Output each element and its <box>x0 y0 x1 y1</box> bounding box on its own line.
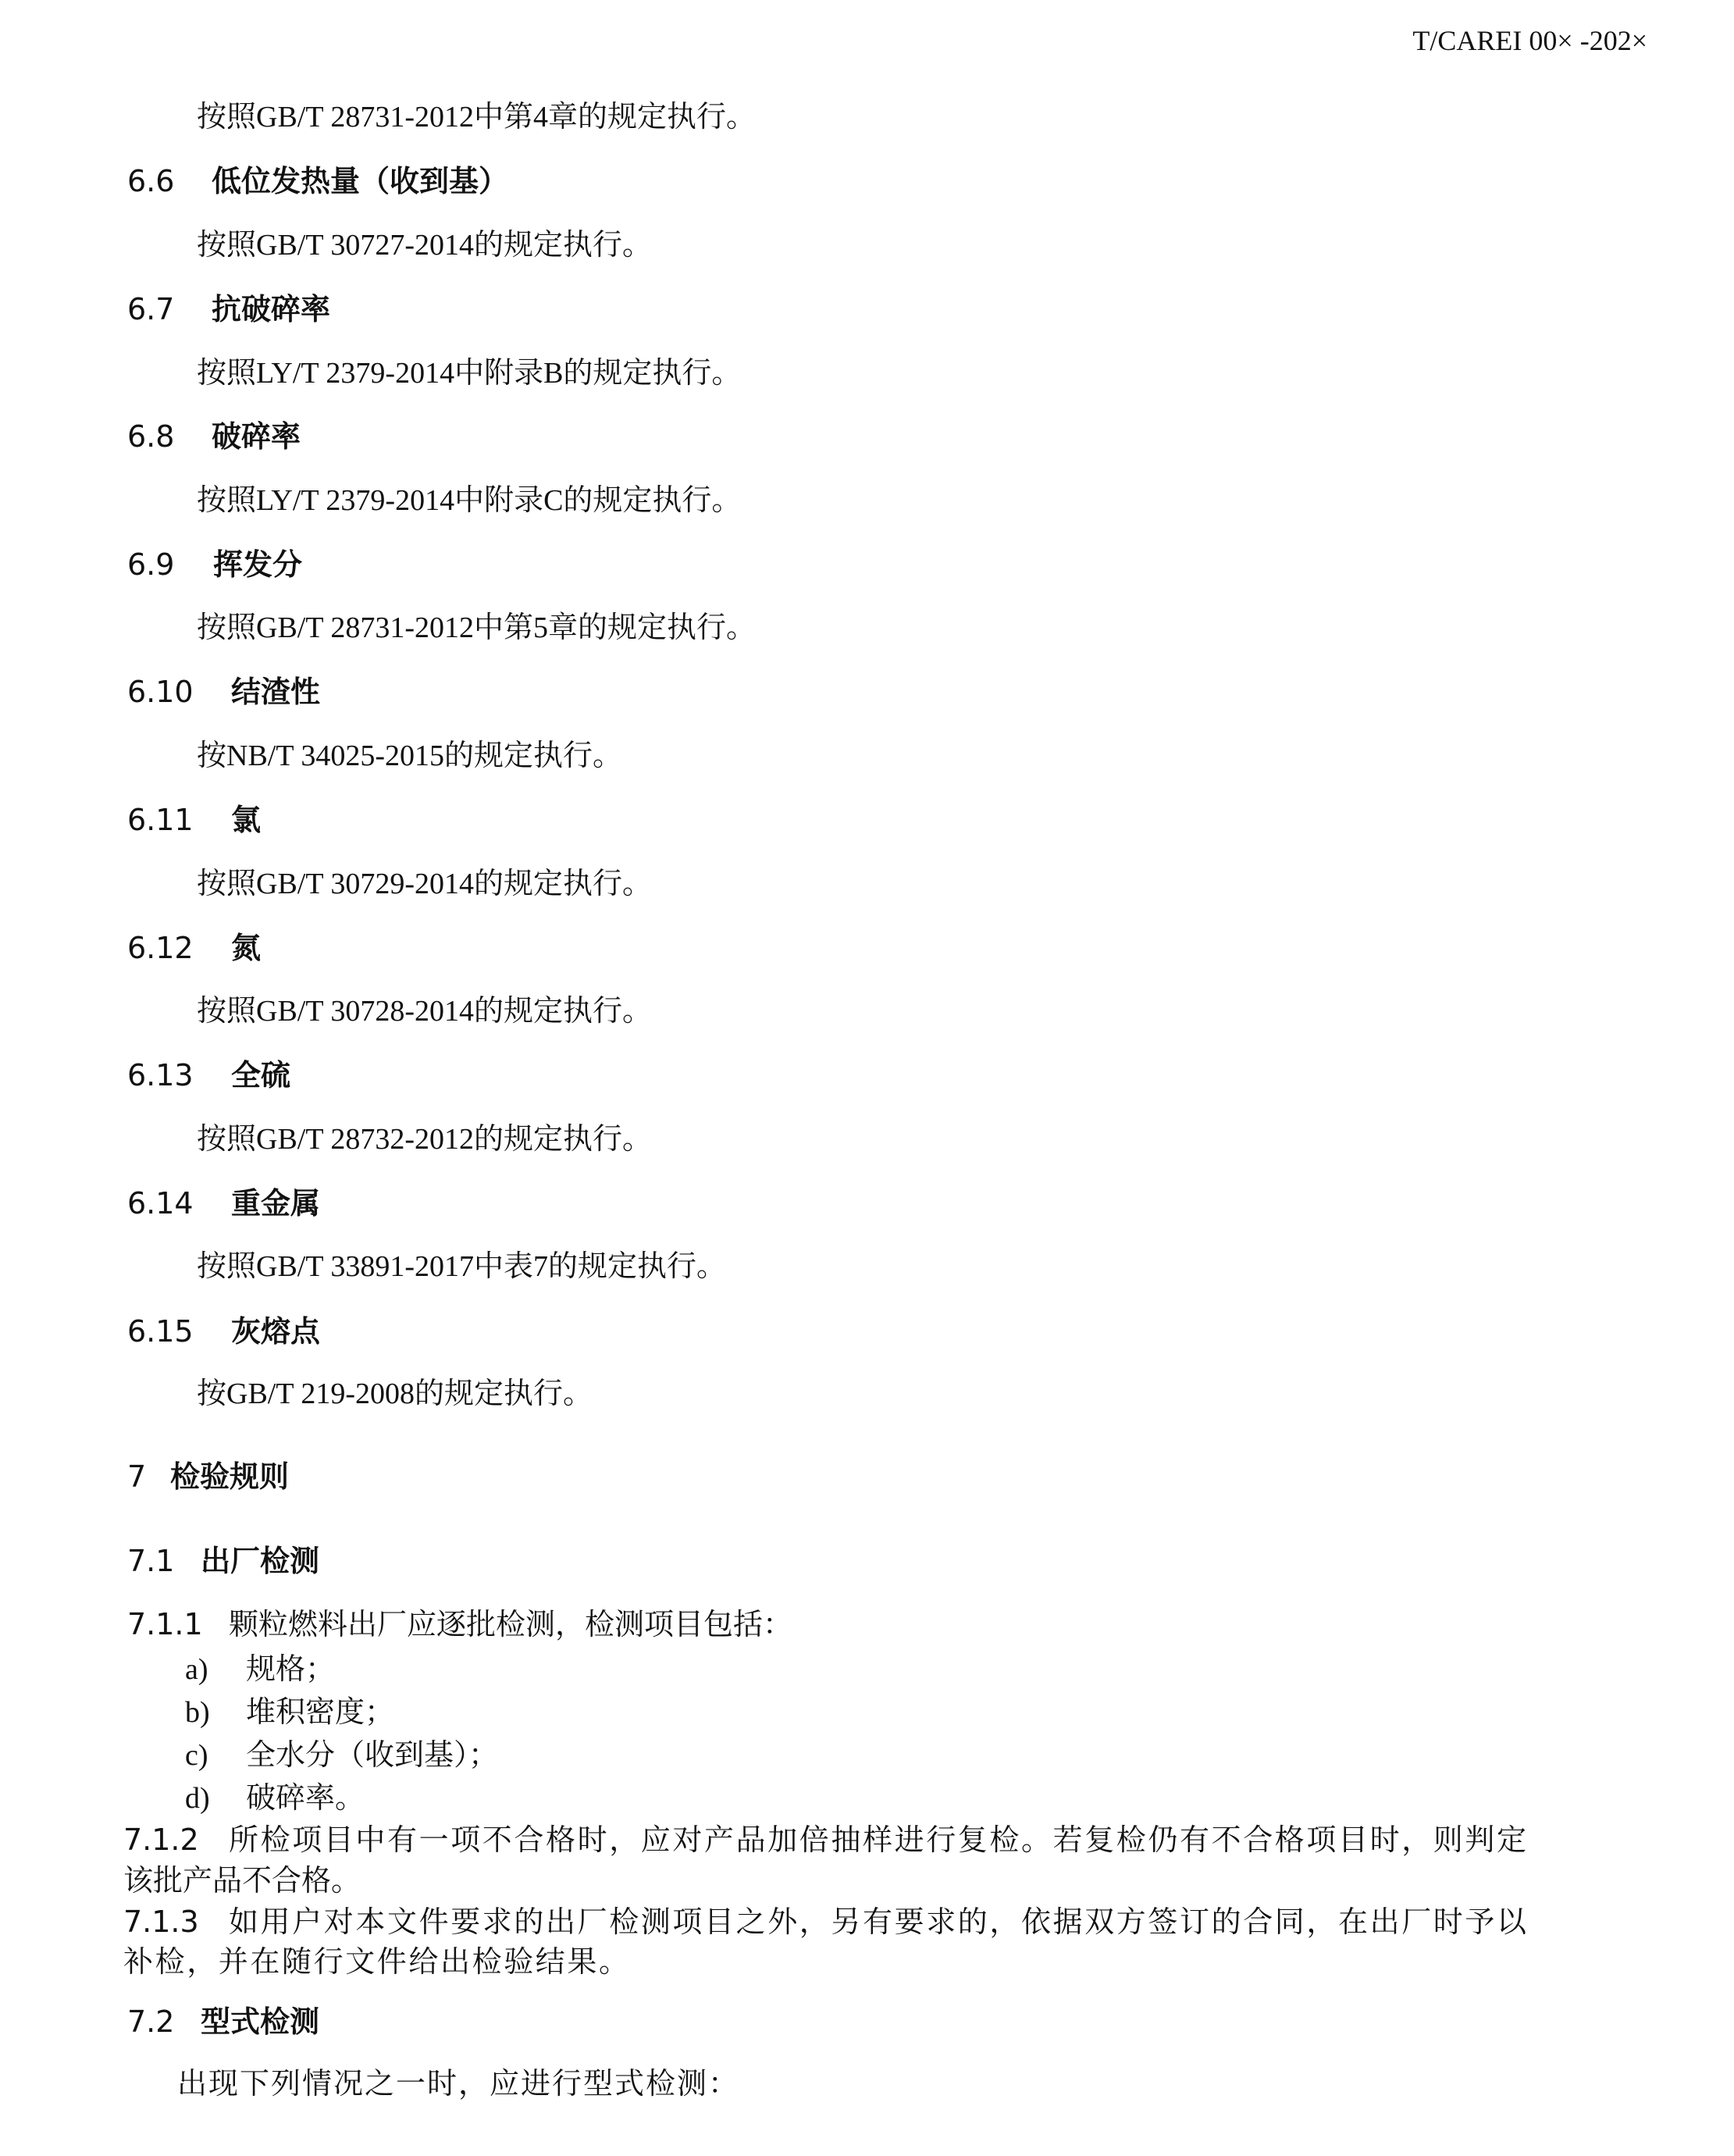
heading-6-11: 6.11氯 <box>127 803 261 837</box>
heading-6-14: 6.14重金属 <box>127 1186 320 1221</box>
clause-6-11-body: 按照GB/T 30729-2014的规定执行。 <box>197 867 652 901</box>
clause-6-13-body: 按照GB/T 28732-2012的规定执行。 <box>197 1122 652 1156</box>
heading-title: 型式检测 <box>201 2005 319 2039</box>
heading-number: 6.15 <box>127 1314 231 1349</box>
clause-7-1-1: 7.1.1颗粒燃料出厂应逐批检测，检测项目包括： <box>127 1607 792 1641</box>
document-page: T/CAREI 00× -202× 按照GB/T 28731-2012中第4章的… <box>0 0 1734 2156</box>
clause-text-line1: 如用户对本文件要求的出厂检测项目之外，另有要求的，依据双方签订的合同，在出厂时予… <box>229 1906 1529 1939</box>
heading-number: 6.6 <box>127 164 212 198</box>
heading-7-1: 7.1出厂检测 <box>127 1544 319 1578</box>
clause-7-1-2-continuation: 该批产品不合格。 <box>123 1864 361 1898</box>
clause-6-7-body: 按照LY/T 2379-2014中附录B的规定执行。 <box>197 356 741 390</box>
heading-7-2: 7.2型式检测 <box>127 2005 319 2039</box>
clause-6-14-body: 按照GB/T 33891-2017中表7的规定执行。 <box>197 1249 726 1284</box>
clause-number: 7.1.3 <box>123 1905 229 1939</box>
list-marker: d) <box>185 1781 246 1816</box>
heading-6-15: 6.15灰熔点 <box>127 1314 320 1349</box>
heading-title: 氮 <box>231 931 261 965</box>
heading-title: 挥发分 <box>213 547 302 582</box>
heading-number: 7.1 <box>127 1544 201 1578</box>
heading-number: 6.7 <box>127 292 212 326</box>
heading-number: 6.9 <box>127 547 213 582</box>
heading-number: 6.11 <box>127 803 231 837</box>
list-marker: a) <box>185 1652 246 1687</box>
clause-7-1-3: 7.1.3如用户对本文件要求的出厂检测项目之外，另有要求的，依据双方签订的合同，… <box>123 1905 1647 1939</box>
list-item-d: d)破碎率。 <box>185 1781 365 1816</box>
heading-6-10: 6.10结渣性 <box>127 675 320 709</box>
clause-text-line1: 所检项目中有一项不合格时，应对产品加倍抽样进行复检。若复检仍有不合格项目时，则判… <box>229 1824 1529 1857</box>
clause-number: 7.1.1 <box>127 1607 229 1641</box>
document-code-header: T/CAREI 00× -202× <box>1412 23 1647 58</box>
heading-number: 7.2 <box>127 2005 201 2039</box>
clause-6-5-body: 按照GB/T 28731-2012中第4章的规定执行。 <box>197 100 756 134</box>
list-item-c: c)全水分（收到基）； <box>185 1738 498 1773</box>
heading-title: 检验规则 <box>170 1459 289 1494</box>
heading-6-6: 6.6低位发热量（收到基） <box>127 164 508 198</box>
list-item-b: b)堆积密度； <box>185 1695 394 1730</box>
heading-title: 破碎率 <box>212 419 301 454</box>
heading-title: 抗破碎率 <box>212 292 330 326</box>
list-marker: b) <box>185 1695 246 1730</box>
heading-6-7: 6.7抗破碎率 <box>127 292 330 326</box>
heading-title: 灰熔点 <box>231 1314 320 1349</box>
clause-6-8-body: 按照LY/T 2379-2014中附录C的规定执行。 <box>197 483 741 518</box>
clause-7-1-2: 7.1.2所检项目中有一项不合格时，应对产品加倍抽样进行复检。若复检仍有不合格项… <box>123 1823 1647 1857</box>
list-item-a: a)规格； <box>185 1652 335 1687</box>
heading-title: 出厂检测 <box>201 1544 319 1578</box>
clause-7-2-body: 出现下列情况之一时，应进行型式检测： <box>177 2067 739 2101</box>
clause-6-15-body: 按GB/T 219-2008的规定执行。 <box>197 1377 593 1411</box>
list-text: 规格； <box>246 1653 335 1686</box>
heading-number: 6.13 <box>127 1058 231 1092</box>
heading-6-9: 6.9挥发分 <box>127 547 302 582</box>
heading-7: 7检验规则 <box>127 1459 289 1494</box>
heading-6-12: 6.12氮 <box>127 931 261 965</box>
heading-number: 6.8 <box>127 419 212 454</box>
clause-7-1-3-continuation: 补检，并在随行文件给出检验结果。 <box>123 1945 631 1980</box>
heading-title: 低位发热量（收到基） <box>212 164 508 198</box>
list-text: 全水分（收到基）； <box>246 1739 498 1772</box>
clause-6-12-body: 按照GB/T 30728-2014的规定执行。 <box>197 994 652 1028</box>
heading-number: 7 <box>127 1459 170 1494</box>
list-text: 破碎率。 <box>246 1782 365 1815</box>
clause-6-6-body: 按照GB/T 30727-2014的规定执行。 <box>197 228 652 262</box>
heading-title: 氯 <box>231 803 261 837</box>
clause-6-10-body: 按NB/T 34025-2015的规定执行。 <box>197 739 622 773</box>
heading-title: 重金属 <box>231 1186 320 1221</box>
heading-number: 6.12 <box>127 931 231 965</box>
heading-6-13: 6.13全硫 <box>127 1058 290 1092</box>
heading-number: 6.10 <box>127 675 231 709</box>
heading-title: 结渣性 <box>231 675 320 709</box>
clause-6-9-body: 按照GB/T 28731-2012中第5章的规定执行。 <box>197 611 756 645</box>
heading-title: 全硫 <box>231 1058 290 1092</box>
clause-text: 颗粒燃料出厂应逐批检测，检测项目包括： <box>229 1609 792 1641</box>
heading-number: 6.14 <box>127 1186 231 1221</box>
list-text: 堆积密度； <box>246 1696 394 1729</box>
clause-number: 7.1.2 <box>123 1823 229 1857</box>
list-marker: c) <box>185 1738 246 1773</box>
heading-6-8: 6.8破碎率 <box>127 419 301 454</box>
